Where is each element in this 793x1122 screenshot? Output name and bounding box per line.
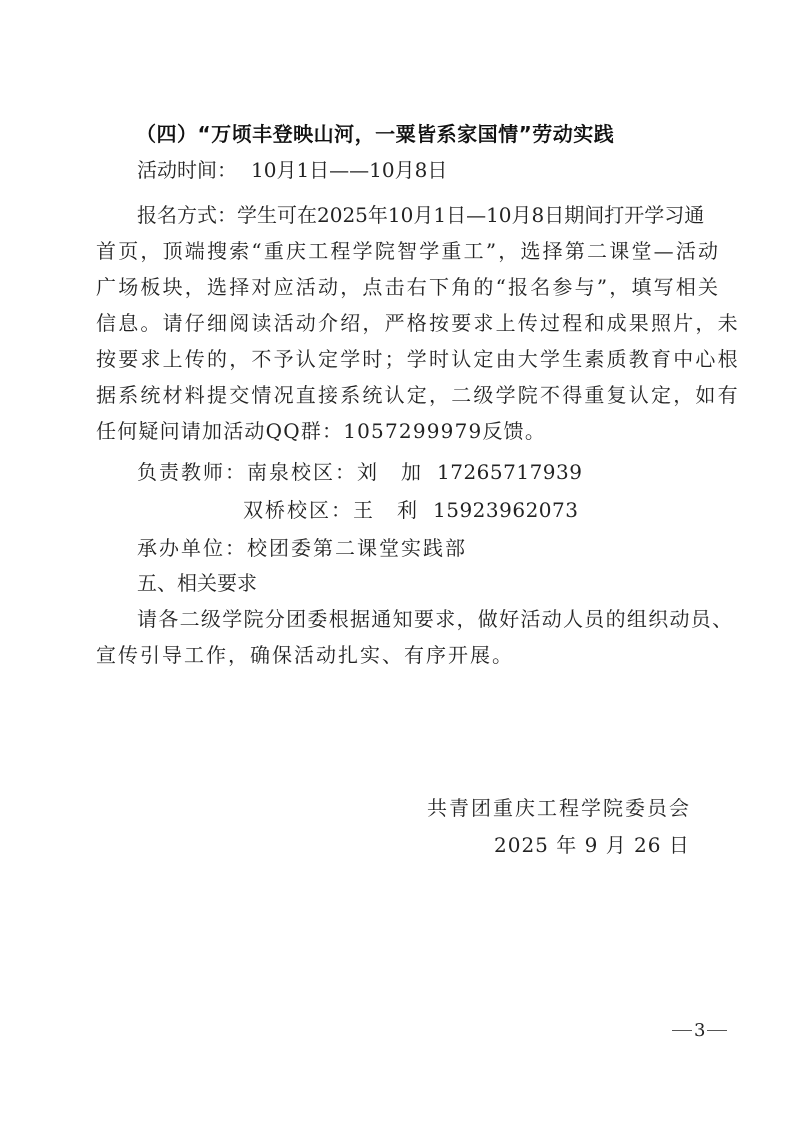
requirements-line-2: 宣传引导工作，确保活动扎实、有序开展。 [96, 643, 514, 667]
activity-time-row: 活动时间：10月1日——10月8日 [137, 158, 447, 182]
signup-line-4: 信息。请仔细阅读活动介绍，严格按要求上传过程和成果照片，未 [96, 311, 740, 335]
teacher-row-2: 双桥校区：王 利15923962073 [243, 498, 578, 522]
signature-date: 2025 年 9 月 26 日 [494, 833, 690, 857]
dash-left [672, 1030, 692, 1031]
organizer-label: 承办单位： [137, 536, 247, 560]
teachers-label: 负责教师： [137, 460, 247, 484]
teacher-phone: 17265717939 [437, 460, 582, 484]
page-number: 3 [672, 1020, 727, 1041]
signup-line-1: 报名方式：学生可在2025年10月1日—10月8日期间打开学习通 [137, 203, 718, 227]
signup-line-7: 任何疑问请加活动QQ群：1057299979反馈。 [96, 419, 546, 443]
activity-time-label: 活动时间： [137, 158, 237, 182]
requirements-line-1: 请各二级学院分团委根据通知要求，做好活动人员的组织动员、 [137, 607, 733, 631]
teacher-campus: 南泉校区： [247, 460, 357, 484]
signup-line-6: 据系统材料提交情况直接系统认定，二级学院不得重复认定，如有 [96, 383, 740, 407]
section-5-heading: 五、相关要求 [137, 571, 257, 595]
teacher-name: 王 利 [353, 498, 419, 522]
signature-org: 共青团重庆工程学院委员会 [427, 796, 691, 820]
teacher-row-1: 负责教师：南泉校区：刘 加17265717939 [137, 460, 582, 484]
signup-line-3: 广场板块，选择对应活动，点击右下角的“报名参与”，填写相关 [96, 275, 720, 299]
teacher-campus: 双桥校区： [243, 498, 353, 522]
activity-time-value: 10月1日——10月8日 [251, 158, 447, 182]
teacher-name: 刘 加 [357, 460, 423, 484]
organizer-row: 承办单位：校团委第二课堂实践部 [137, 536, 467, 560]
page-number-value: 3 [692, 1020, 707, 1041]
document-page: （四）“万顷丰登映山河，一粟皆系家国情”劳动实践 活动时间：10月1日——10月… [0, 0, 793, 1122]
signup-line-2: 首页，顶端搜索“重庆工程学院智学重工”，选择第二课堂—活动 [96, 239, 720, 263]
dash-right [707, 1030, 727, 1031]
teacher-phone: 15923962073 [433, 498, 578, 522]
organizer-value: 校团委第二课堂实践部 [247, 536, 467, 560]
signup-line-5: 按要求上传的，不予认定学时；学时认定由大学生素质教育中心根 [96, 347, 740, 371]
section-4-heading: （四）“万顷丰登映山河，一粟皆系家国情”劳动实践 [136, 122, 614, 146]
